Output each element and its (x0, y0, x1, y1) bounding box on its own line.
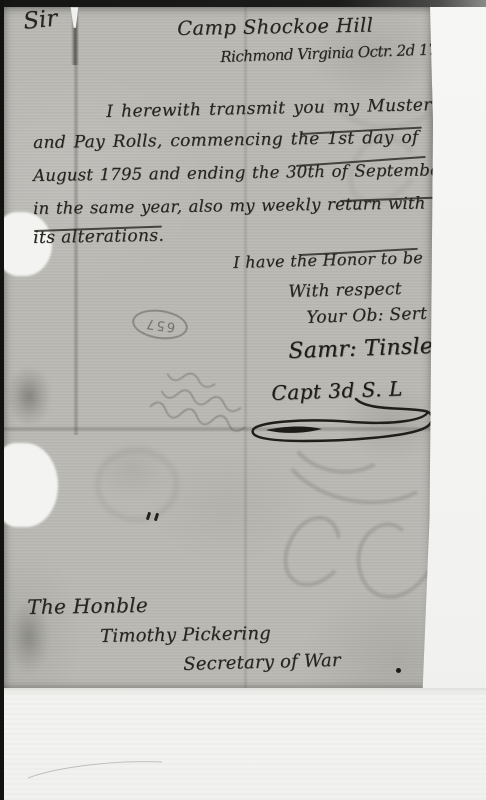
heading-camp: Camp Shockoe Hill (177, 14, 373, 40)
heading-dateline: Richmond Virginia Octr. 2d 1795 (220, 40, 455, 66)
ink-dot (396, 668, 401, 673)
signature-name: Samr: Tinsley (288, 334, 446, 364)
closing-line-2: With respect (288, 279, 402, 302)
water-stain (95, 448, 179, 522)
address-line-1: The Honble (27, 593, 148, 619)
ink-smudge (6, 365, 52, 427)
stray-ink-marks (147, 512, 165, 522)
closing-line-1: I have the Honor to be (233, 248, 423, 272)
vertical-fold-crease (73, 7, 79, 435)
scanner-frame-top (0, 0, 486, 7)
body-line-3: August 1795 and ending the 30th of Septe… (33, 160, 448, 185)
address-line-3: Secretary of War (183, 650, 341, 675)
scanner-backing (4, 688, 486, 800)
signature-rank: Capt 3d S. L (271, 376, 403, 405)
address-line-2: Timothy Pickering (100, 623, 271, 647)
body-line-4: in the same year, also my weekly return … (33, 194, 426, 218)
scanned-letter-page: Sir Camp Shockoe Hill Richmond Virginia … (0, 0, 486, 800)
archive-stamp-number: 657 (144, 315, 177, 334)
letter-paper: Sir Camp Shockoe Hill Richmond Virginia … (4, 7, 433, 688)
closing-line-3: Your Ob: Sert (306, 304, 428, 328)
scanner-frame-left (0, 0, 4, 800)
horizontal-fold-crease (4, 426, 433, 432)
torn-hole (0, 443, 58, 527)
body-line-2: and Pay Rolls, commencing the 1st day of (33, 128, 419, 153)
salutation: Sir (22, 5, 59, 34)
body-line-1: I herewith transmit you my Muster (106, 95, 432, 122)
archive-oval-stamp: 657 (130, 306, 189, 343)
